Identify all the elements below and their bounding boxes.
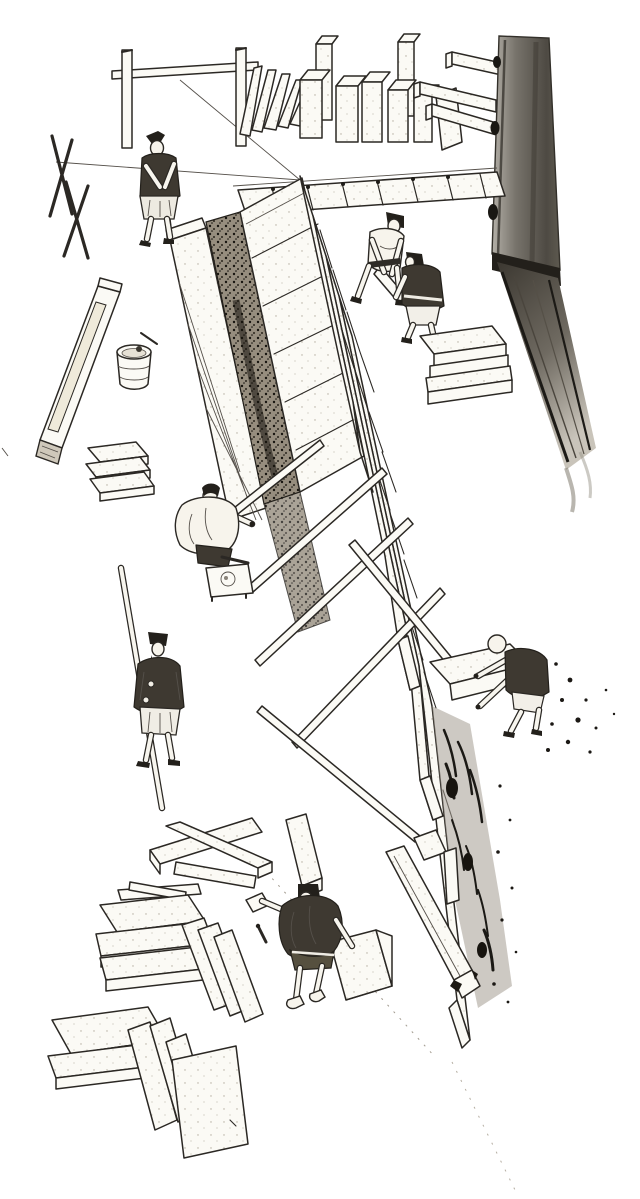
survey-stakes <box>50 136 88 258</box>
leveling-beam <box>36 278 122 464</box>
construction-illustration: Wall construction scene <box>0 0 640 1199</box>
foreman-with-pole <box>121 568 184 808</box>
dark-rampart <box>488 36 596 512</box>
workers-carrying-slab <box>350 212 512 404</box>
lumber-stockpile <box>240 34 506 150</box>
fence-rail <box>112 48 258 148</box>
mortar-bucket <box>117 333 157 389</box>
mortar-tray <box>206 564 253 601</box>
worker-lifting-block <box>279 884 392 1009</box>
slab-stack-mid <box>420 326 512 404</box>
spoil-debris <box>546 662 615 753</box>
slab-stack-small <box>86 442 154 501</box>
slab-stacks-foreground <box>48 882 263 1158</box>
